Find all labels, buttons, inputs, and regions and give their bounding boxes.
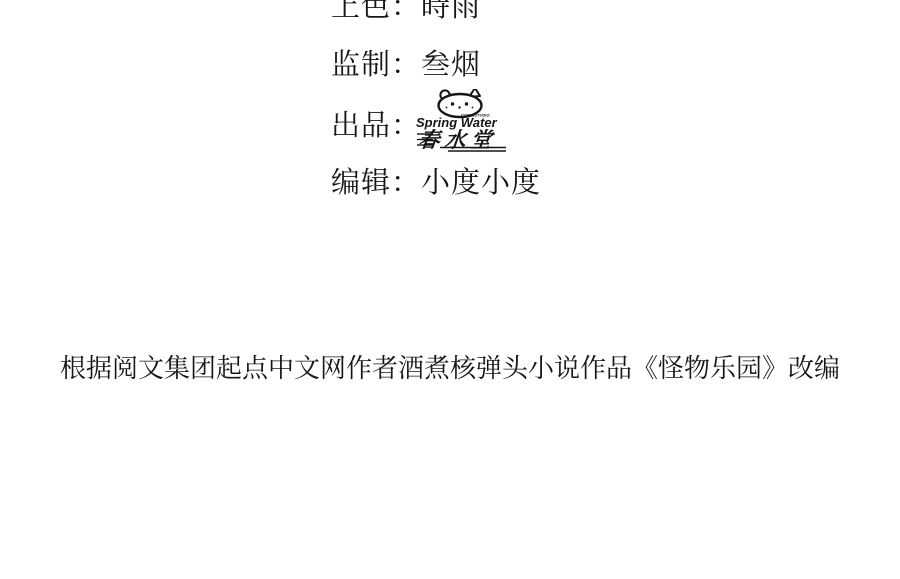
comic-credits-page: 上色：時雨 监制：叁烟 出品： COMICSTUDIO Spring Water xyxy=(0,0,900,579)
adaptation-notice: 根据阅文集团起点中文网作者酒煮核弹头小说作品《怪物乐园》改编 xyxy=(0,355,900,381)
credit-line-supervisor: 监制：叁烟 xyxy=(331,51,481,80)
logo-wordmark-cn: 春水堂 xyxy=(417,128,497,152)
credit-line-colorist: 上色：時雨 xyxy=(331,0,481,22)
spring-water-studio-logo: COMICSTUDIO Spring Water 春水堂 xyxy=(414,89,512,155)
credit-line-editor: 编辑：小度小度 xyxy=(331,169,541,198)
credit-line-producer-label: 出品： xyxy=(331,112,421,141)
logo-wordmark-en: Spring Water xyxy=(416,115,498,130)
